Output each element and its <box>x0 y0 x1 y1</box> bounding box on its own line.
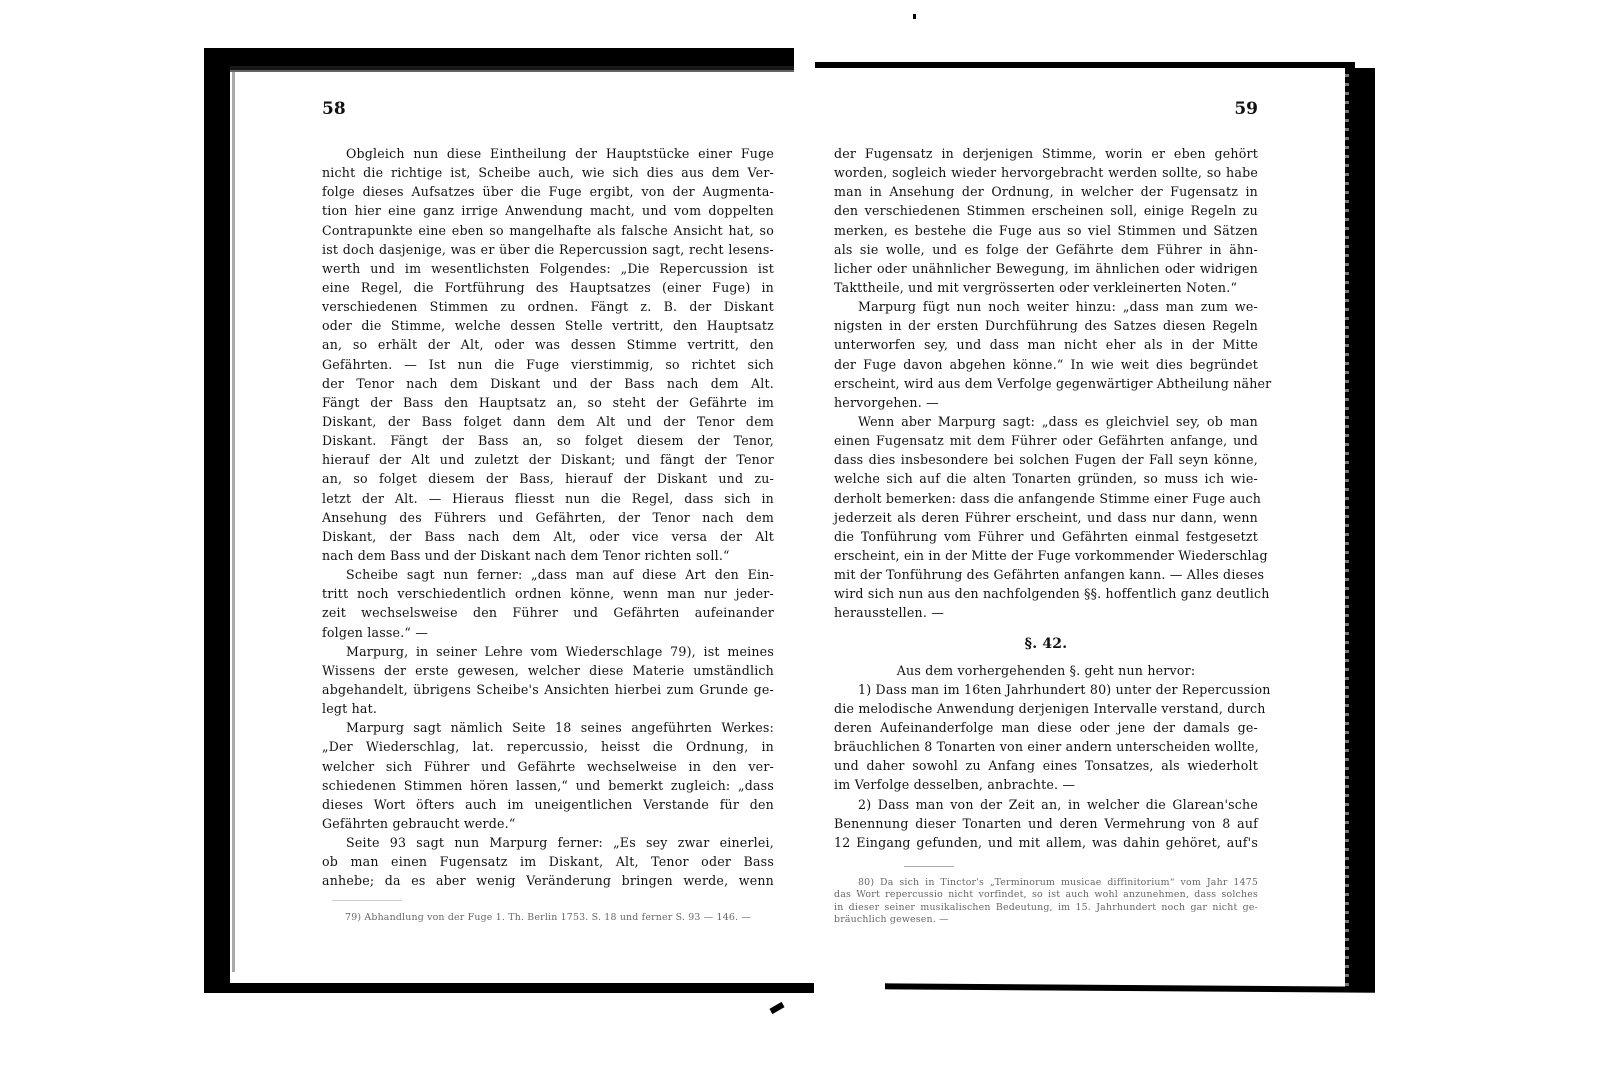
text-line: erscheint, wird aus dem Verfolge gegenwä… <box>834 374 1258 393</box>
book-binding-right <box>1347 68 1375 988</box>
text-line: tion hier eine ganz irrige Anwendung mac… <box>322 201 774 220</box>
text-line: zeit wechselsweise den Führer und Gefähr… <box>322 603 774 622</box>
text-line: an, so erhält der Alt, oder was dessen S… <box>322 335 774 354</box>
text-line: Gefährten. — Ist nun die Fuge vierstimmi… <box>322 355 774 374</box>
footnote-rule <box>332 900 402 901</box>
book-binding-left-shadow <box>232 72 235 972</box>
text-line: letzt der Alt. — Hieraus fliesst nun die… <box>322 489 774 508</box>
right-page-body: der Fugensatz in derjenigen Stimme, wori… <box>834 144 1258 623</box>
text-line: man in Ansehung der Ordnung, in welcher … <box>834 182 1258 201</box>
left-page-footnote: 79) Abhandlung von der Fuge 1. Th. Berli… <box>322 912 774 925</box>
text-line: folge dieses Aufsatzes über die Fuge erg… <box>322 182 774 201</box>
text-line: licher oder unähnlicher Bewegung, im ähn… <box>834 259 1258 278</box>
text-line: Gefährten gebraucht werde.“ <box>322 814 774 833</box>
text-line: anhebe; da es aber wenig Veränderung bri… <box>322 871 774 890</box>
text-line: bräuchlich gewesen. — <box>834 914 1258 927</box>
text-line: Wenn aber Marpurg sagt: „dass es gleichv… <box>834 412 1258 431</box>
text-line: und daher sowohl zu Anfang eines Tonsatz… <box>834 756 1258 775</box>
text-line: 80) Da sich in Tinctor's „Terminorum mus… <box>834 877 1258 890</box>
text-line: die Tonführung vom Führer und Gefährten … <box>834 527 1258 546</box>
text-line: als sie wolle, und es folge der Gefährte… <box>834 240 1258 259</box>
text-line: 12 Eingang gefunden, und mit allem, was … <box>834 833 1258 852</box>
text-line: im Verfolge desselben, anbrachte. — <box>834 775 1258 794</box>
left-page: 58 Obgleich nun diese Eintheilung der Ha… <box>322 100 774 890</box>
section-heading: §. 42. <box>834 635 1258 655</box>
text-line: das Wort repercussio nicht vorfindet, so… <box>834 889 1258 902</box>
text-line: Takttheile, und mit vergrösserten oder v… <box>834 278 1258 297</box>
text-line: wird sich nun aus den nachfolgenden §§. … <box>834 584 1258 603</box>
right-page: 59 der Fugensatz in derjenigen Stimme, w… <box>834 100 1258 927</box>
book-binding-bottom-left <box>204 983 814 993</box>
text-line: nicht die richtige ist, Scheibe auch, wi… <box>322 163 774 182</box>
text-line: Scheibe sagt nun ferner: „dass man auf d… <box>322 565 774 584</box>
text-line: jederzeit als deren Führer erscheint, un… <box>834 508 1258 527</box>
book-binding-top-right <box>815 62 1355 68</box>
text-line: mit der Tonführung des Gefährten anfange… <box>834 565 1258 584</box>
text-line: bräuchlichen 8 Tonarten von einer andern… <box>834 737 1258 756</box>
text-line: „Der Wiederschlag, lat. repercussio, hei… <box>322 737 774 756</box>
section-body: Aus dem vorhergehenden §. geht nun hervo… <box>834 661 1258 852</box>
text-line: welche sich auf die alten Tonarten gründ… <box>834 469 1258 488</box>
text-line: Ansehung des Führers und Gefährten, der … <box>322 508 774 527</box>
text-line: Benennung dieser Tonarten und deren Verm… <box>834 814 1258 833</box>
text-line: schiedenen Stimmen hören lassen,“ und be… <box>322 776 774 795</box>
text-line: verschiedenen Stimmen zu ordnen. Fängt z… <box>322 297 774 316</box>
text-line: merken, es bestehe die Fuge aus so viel … <box>834 221 1258 240</box>
text-line: der Fuge davon abgehen könne.“ In wie we… <box>834 355 1258 374</box>
text-line: Obgleich nun diese Eintheilung der Haupt… <box>322 144 774 163</box>
text-line: erscheint, ein in der Mitte der Fuge vor… <box>834 546 1258 565</box>
text-line: den verschiedenen Stimmen erscheinen sol… <box>834 201 1258 220</box>
text-line: eine Regel, die Fortführung des Hauptsat… <box>322 278 774 297</box>
text-line: hierauf der Alt und zuletzt der Diskant;… <box>322 450 774 469</box>
text-line: Seite 93 sagt nun Marpurg ferner: „Es se… <box>322 833 774 852</box>
footnote-79: 79) Abhandlung von der Fuge 1. Th. Berli… <box>322 912 774 925</box>
page-number-right: 59 <box>834 100 1258 130</box>
book-binding-right-edge <box>1345 68 1349 988</box>
text-line: derholt bemerken: dass die anfangende St… <box>834 489 1258 508</box>
text-line: 2) Dass man von der Zeit an, in welcher … <box>834 795 1258 814</box>
text-line: abgehandelt, übrigens Scheibe's Ansichte… <box>322 680 774 699</box>
text-line: Diskant, der Bass nach dem Alt, oder vic… <box>322 527 774 546</box>
right-page-footnote: 80) Da sich in Tinctor's „Terminorum mus… <box>834 877 1258 927</box>
text-line: folgen lasse.“ — <box>322 623 774 642</box>
footnote-rule <box>904 866 954 867</box>
book-binding-left <box>204 48 230 993</box>
text-line: ob man einen Fugensatz im Diskant, Alt, … <box>322 852 774 871</box>
text-line: an, so folget diesem der Bass, hierauf d… <box>322 469 774 488</box>
text-line: deren Aufeinanderfolge man diese oder je… <box>834 718 1258 737</box>
text-line: in dieser seiner musikalischen Bedeutung… <box>834 902 1258 915</box>
text-line: Marpurg, in seiner Lehre vom Wiederschla… <box>322 642 774 661</box>
text-line: Fängt der Bass den Hauptsatz an, so steh… <box>322 393 774 412</box>
left-page-body: Obgleich nun diese Eintheilung der Haupt… <box>322 144 774 890</box>
text-line: der Fugensatz in derjenigen Stimme, wori… <box>834 144 1258 163</box>
text-line: worden, sogleich wieder hervorgebracht w… <box>834 163 1258 182</box>
text-line: nach dem Bass und der Diskant nach dem T… <box>322 546 774 565</box>
text-line: dass dies insbesondere bei solchen Fugen… <box>834 450 1258 469</box>
text-line: einen Fugensatz mit dem Führer oder Gefä… <box>834 431 1258 450</box>
text-line: Wissens der erste gewesen, welcher diese… <box>322 661 774 680</box>
text-line: oder die Stimme, welche dessen Stelle ve… <box>322 316 774 335</box>
scan-speck <box>769 1002 784 1014</box>
text-line: legt hat. <box>322 699 774 718</box>
text-line: Diskant. Fängt der Bass an, so folget di… <box>322 431 774 450</box>
page-number-left: 58 <box>322 100 774 130</box>
scan-speck <box>913 14 916 19</box>
text-line: Marpurg fügt nun noch weiter hinzu: „das… <box>834 297 1258 316</box>
text-line: nigsten in der ersten Durchführung des S… <box>834 316 1258 335</box>
text-line: unterworfen sey, und dass man nicht eher… <box>834 335 1258 354</box>
text-line: welcher sich Führer und Gefährte wechsel… <box>322 757 774 776</box>
text-line: werth und im wesentlichsten Folgendes: „… <box>322 259 774 278</box>
text-line: tritt noch verschiedentlich ordnen könne… <box>322 584 774 603</box>
text-line: ist doch dasjenige, was er über die Repe… <box>322 240 774 259</box>
text-line: dieses Wort öfters auch im uneigentliche… <box>322 795 774 814</box>
text-line: Contrapunkte eine eben so mangelhafte al… <box>322 221 774 240</box>
text-line: die melodische Anwendung derjenigen Inte… <box>834 699 1258 718</box>
book-binding-bottom-right <box>885 983 1375 992</box>
text-line: 1) Dass man im 16ten Jahrhundert 80) unt… <box>834 680 1258 699</box>
text-line: herausstellen. — <box>834 603 1258 622</box>
text-line: der Tenor nach dem Diskant und der Bass … <box>322 374 774 393</box>
text-line: Marpurg sagt nämlich Seite 18 seines ang… <box>322 718 774 737</box>
text-line: Aus dem vorhergehenden §. geht nun hervo… <box>834 661 1258 680</box>
book-binding-shadow <box>228 66 794 72</box>
text-line: Diskant, der Bass folget dann dem Alt un… <box>322 412 774 431</box>
text-line: hervorgehen. — <box>834 393 1258 412</box>
